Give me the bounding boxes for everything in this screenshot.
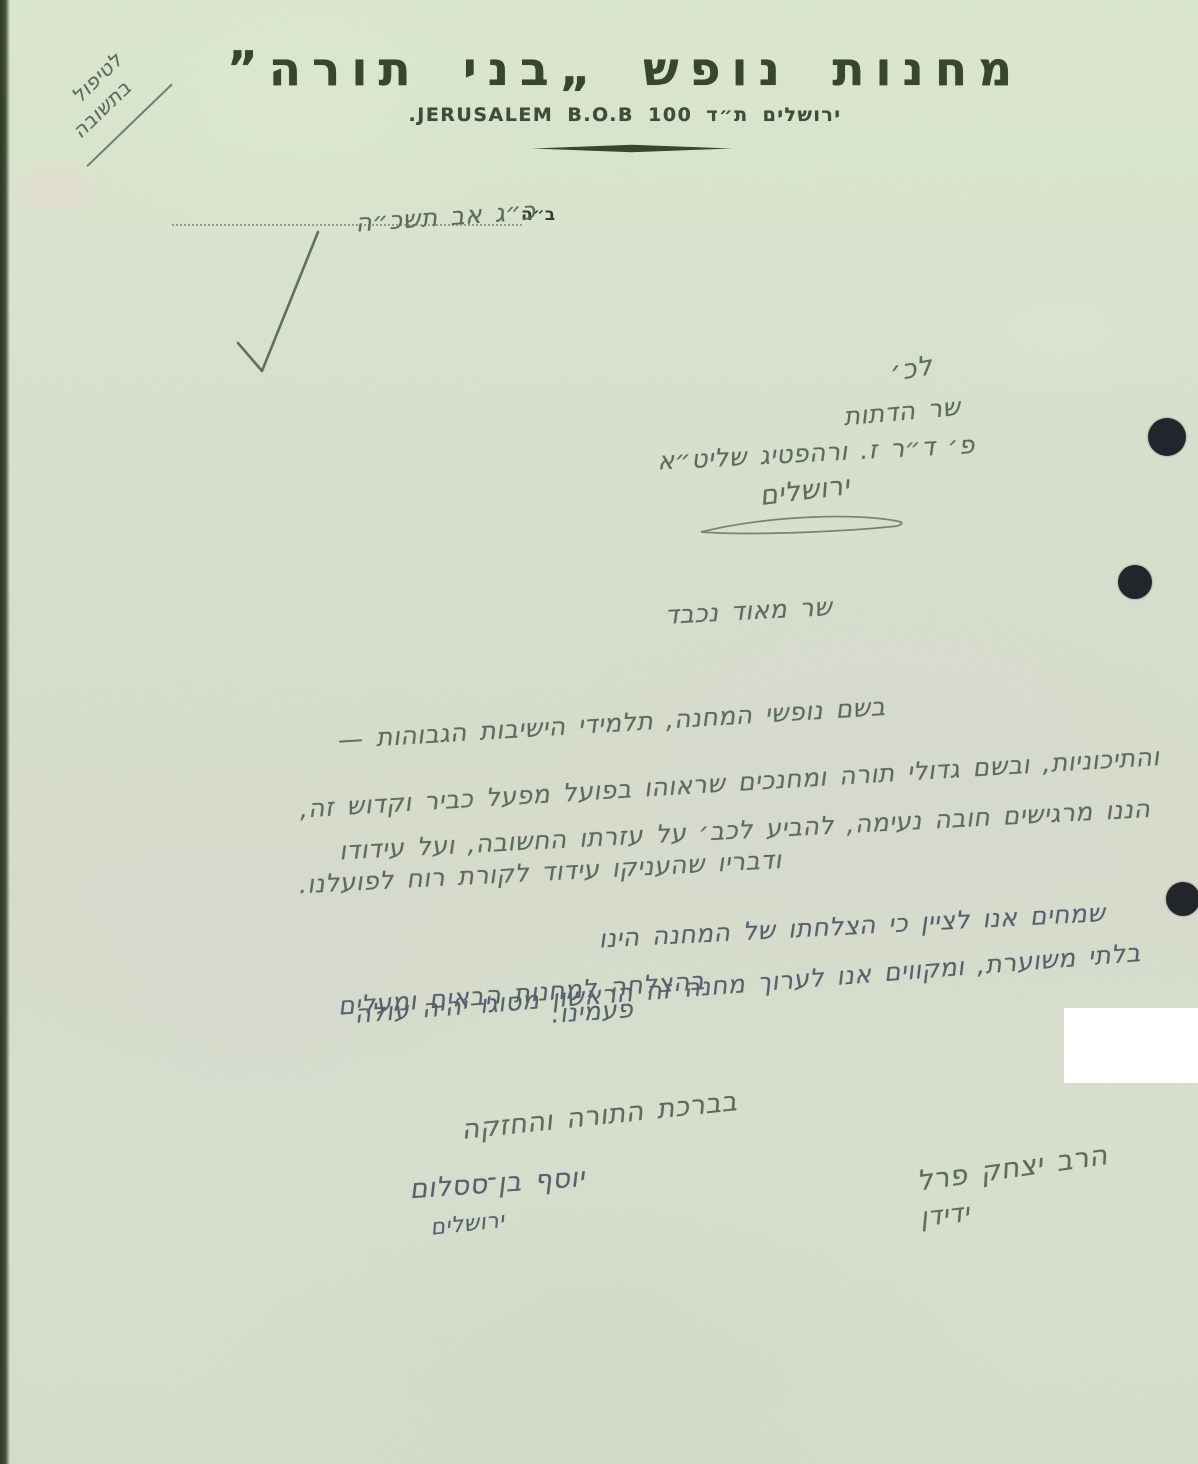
body-line: פעמינו. xyxy=(550,994,634,1029)
recipient-to: לכ׳ xyxy=(888,350,935,388)
punch-hole xyxy=(1118,565,1152,599)
salutation: שר מאוד נכבד xyxy=(664,592,832,630)
signature-right-name: הרב יצחק פרל xyxy=(914,1138,1109,1197)
closing-blessing: בברכת התורה והחזקה xyxy=(460,1086,739,1146)
punch-hole xyxy=(1148,418,1186,456)
scan-edge-shadow xyxy=(0,0,10,1464)
letterhead-title: מחנות נופש „בני תורה” xyxy=(70,44,1180,96)
body-line: בשם נופשי המחנה, תלמידי הישיבות הגבוהות … xyxy=(337,692,886,754)
recipient-line: פ׳ ד״ר ז. ורהפטיג שליט״א xyxy=(657,430,976,476)
scanned-letter-page: מחנות נופש „בני תורה” ירושלים ת״ד 100 JE… xyxy=(0,0,1198,1464)
recipient-line: שר הדתות xyxy=(842,392,962,431)
recipient-line: ירושלים xyxy=(758,470,852,512)
checkmark-icon xyxy=(228,224,328,384)
underline-flourish xyxy=(693,508,908,544)
signature-left-city: ירושלים xyxy=(429,1208,506,1241)
white-patch xyxy=(1064,1008,1198,1083)
letterhead-divider-rule xyxy=(532,144,732,153)
handwritten-date: כ״ג אב תשכ״ה xyxy=(355,196,537,238)
signature-left-name: יוסף בן־ססלום xyxy=(409,1162,586,1205)
punch-hole xyxy=(1166,882,1198,916)
handwritten-annotation: לטיפול בתשובה xyxy=(12,0,245,233)
signature-right-note: ידידן xyxy=(919,1198,971,1233)
body-line: שמחים אנו לציין כי הצלחתו של המחנה הינו xyxy=(598,898,1106,954)
